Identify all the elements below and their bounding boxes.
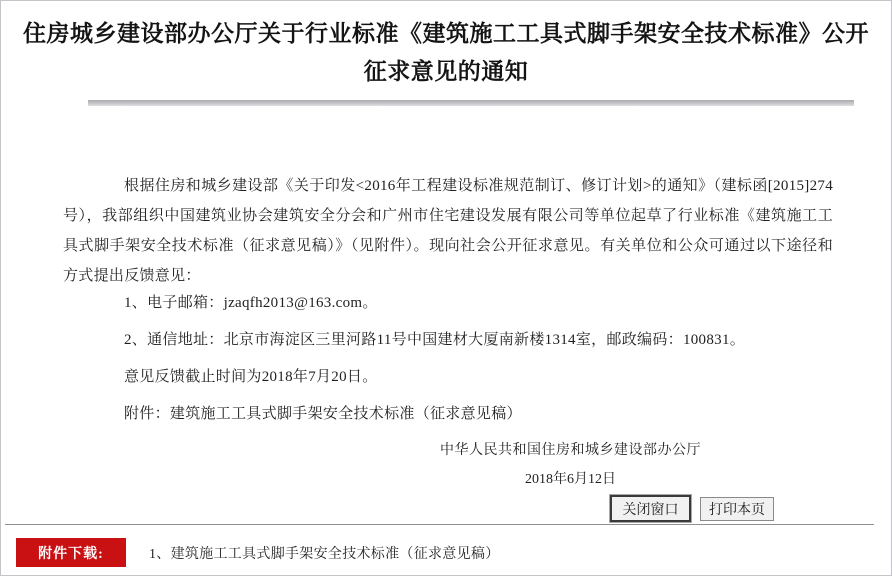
- signature-block: 中华人民共和国住房和城乡建设部办公厅 2018年6月12日: [440, 441, 701, 490]
- notice-body: 根据住房和城乡建设部《关于印发<2016年工程建设标准规范制订、修订计划>的通知…: [63, 171, 833, 490]
- page-title-line-2: 征求意见的通知: [16, 53, 876, 91]
- address-line: 2、通信地址：北京市海淀区三里河路11号中国建材大厦南新楼1314室，邮政编码：…: [63, 330, 833, 350]
- attachment-line: 附件：建筑施工工具式脚手架安全技术标准（征求意见稿）: [63, 404, 833, 424]
- attachment-download-link[interactable]: 1、建筑施工工具式脚手架安全技术标准（征求意见稿）: [149, 543, 500, 563]
- deadline-line: 意见反馈截止时间为2018年7月20日。: [63, 367, 833, 387]
- signature-date: 2018年6月12日: [440, 470, 701, 490]
- intro-paragraph: 根据住房和城乡建设部《关于印发<2016年工程建设标准规范制订、修订计划>的通知…: [63, 171, 833, 291]
- footer-separator: [5, 524, 874, 525]
- attachment-download-section: 附件下载: 1、建筑施工工具式脚手架安全技术标准（征求意见稿）: [1, 538, 891, 576]
- email-line: 1、电子邮箱：jzaqfh2013@163.com。: [63, 293, 833, 313]
- signature-org: 中华人民共和国住房和城乡建设部办公厅: [440, 441, 701, 461]
- page-title: 住房城乡建设部办公厅关于行业标准《建筑施工工具式脚手架安全技术标准》公开 征求意…: [16, 15, 876, 91]
- print-page-button[interactable]: 打印本页: [700, 497, 774, 521]
- button-row: 关闭窗口 打印本页: [610, 495, 774, 522]
- close-window-button[interactable]: 关闭窗口: [610, 495, 691, 522]
- page-title-line-1: 住房城乡建设部办公厅关于行业标准《建筑施工工具式脚手架安全技术标准》公开: [16, 15, 876, 53]
- attachment-download-label: 附件下载:: [16, 538, 126, 567]
- title-divider: [88, 100, 854, 106]
